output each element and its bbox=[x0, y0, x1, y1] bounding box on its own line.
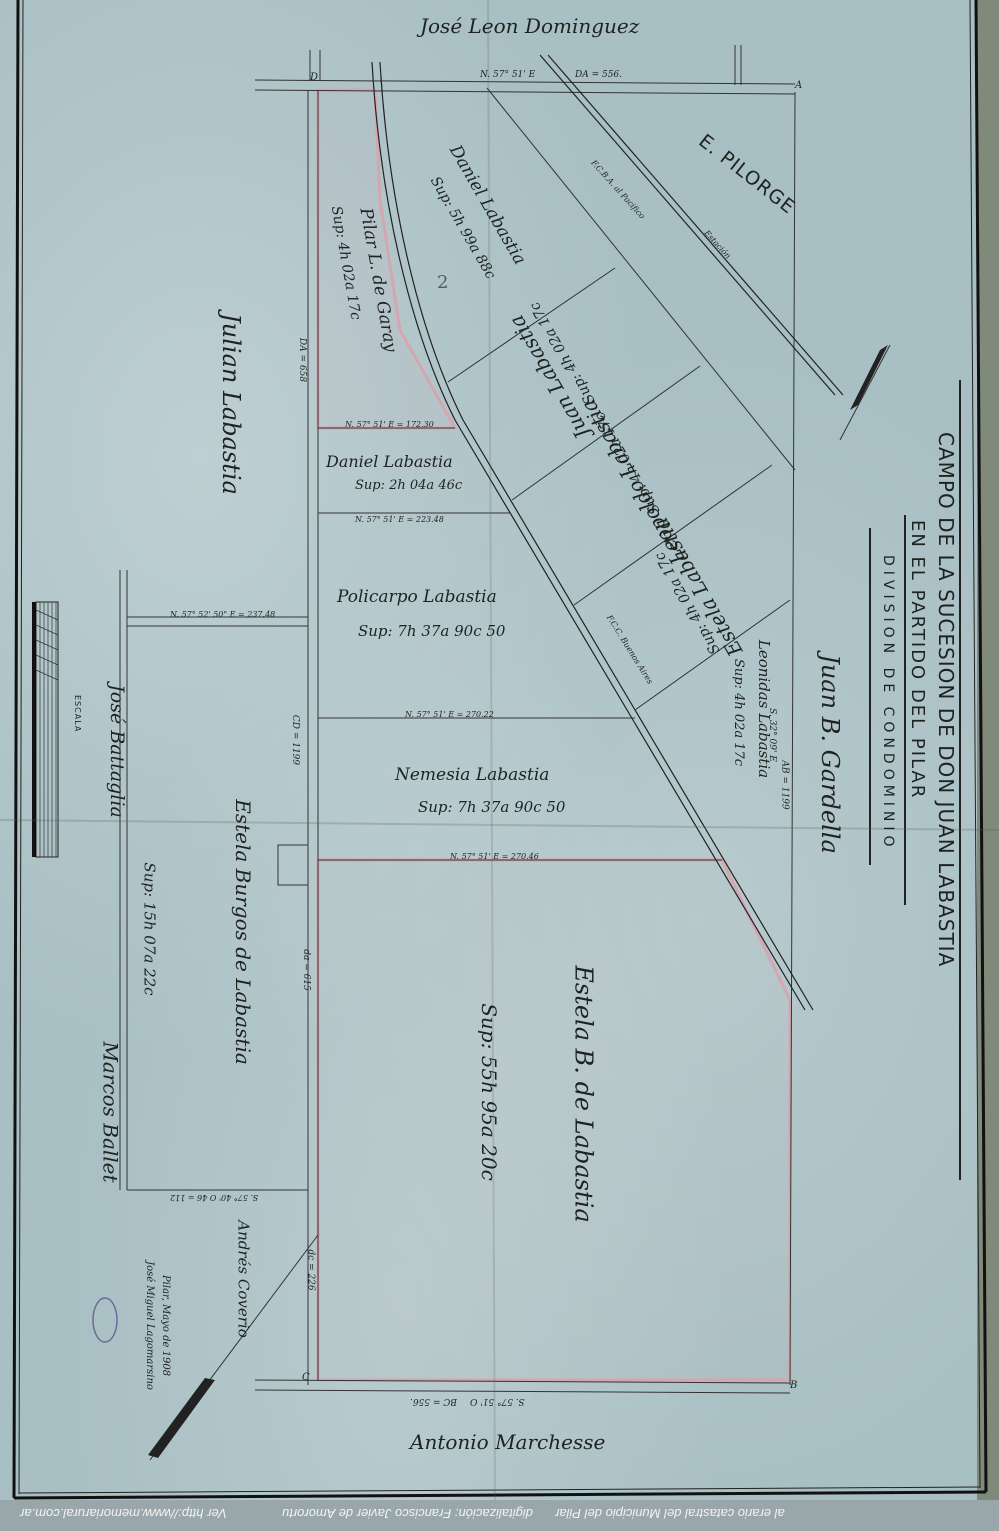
neighbor-south: Antonio Marchesse bbox=[410, 1430, 605, 1454]
corner-b: B bbox=[790, 1380, 797, 1391]
bearing-north: N. 57° 51' E bbox=[480, 70, 535, 80]
map-title-line-3: DIVISION DE CONDOMINIO bbox=[880, 555, 896, 852]
bearing-mid-2: N. 57° 51' E = 223.48 bbox=[355, 515, 444, 524]
signature-place-date: Pilar, Mayo de 1908 bbox=[160, 1275, 171, 1376]
corner-c: C bbox=[302, 1372, 310, 1383]
parcel-owner: Estela B. de Labastia bbox=[570, 965, 598, 1222]
neighbor-west-lower: Marcos Ballet bbox=[99, 1041, 123, 1182]
length-south: BC = 556. bbox=[410, 1396, 457, 1406]
neighbor-west-middle: José Battaglia bbox=[106, 684, 128, 818]
map-title-line-2: EN EL PARTIDO DEL PILAR bbox=[907, 520, 928, 799]
parcel-area: Sup: 55h 95a 20c bbox=[477, 1003, 501, 1181]
credit-digitization: digitalización: Francisco Javier de Amor… bbox=[282, 1506, 533, 1521]
parcel-area: Sup: 7h 37a 90c 50 bbox=[358, 622, 505, 640]
parcel-owner: Nemesia Labastia bbox=[395, 765, 549, 785]
parcel-owner: Estela Burgos de Labastia bbox=[231, 799, 255, 1065]
corner-d: D bbox=[310, 72, 318, 83]
parcel-owner: Daniel Labastia bbox=[326, 452, 453, 471]
bearing-mid-1: N. 57° 51' E = 172.30 bbox=[345, 420, 434, 429]
length-north: DA = 556. bbox=[575, 70, 622, 80]
neighbor-southwest: Andrés Coverio bbox=[235, 1220, 253, 1337]
bearing-west-cut: N. 57° 52' 50" E = 237.48 bbox=[170, 610, 275, 619]
credit-archive: al erario catastral del Municipio del Pi… bbox=[555, 1506, 785, 1521]
map-title-line-1: CAMPO DE LA SUCESION DE DON JUAN LABASTI… bbox=[934, 432, 958, 967]
parcel-owner-area: Sup: 2h 04a 46c bbox=[355, 478, 462, 493]
corner-a: A bbox=[795, 80, 802, 91]
length-west-mid: CD = 1199 bbox=[290, 715, 300, 765]
bearing-mid-4: N. 57° 51' E = 270.46 bbox=[450, 852, 539, 861]
parcel-owner: Policarpo Labastia bbox=[337, 587, 497, 607]
scale-label: ESCALA bbox=[73, 695, 82, 732]
parcel-area: Sup: 15h 07a 22c bbox=[141, 862, 159, 995]
credit-footer: al erario catastral del Municipio del Pi… bbox=[0, 1500, 999, 1531]
length-west-low: da = 615 bbox=[301, 949, 311, 991]
bearing-south: S. 57° 51' O bbox=[470, 1396, 525, 1406]
neighbor-east: Juan B. Gardella bbox=[816, 654, 844, 854]
length-east: AB = 1199 bbox=[780, 760, 790, 809]
signature-surveyor: José Miguel Lagomarsino bbox=[144, 1261, 155, 1390]
parcel-number: 2 bbox=[437, 272, 448, 293]
bearing-east: S. 32° 09' E bbox=[767, 708, 777, 762]
length-west-top: DA = 658 bbox=[297, 338, 307, 382]
bearing-lower-cut: S. 57° 40' O 46 = 112 bbox=[170, 1193, 258, 1202]
neighbor-north: José Leon Dominguez bbox=[420, 14, 639, 38]
length-west-bottom: dc = 226 bbox=[306, 1249, 316, 1290]
parcel-area: Sup: 4h 02a 17c bbox=[731, 659, 746, 766]
neighbor-west-upper: Julian Labastia bbox=[217, 313, 245, 495]
bearing-mid-3: N. 57° 51' E = 270.22 bbox=[405, 710, 494, 719]
parcel-area: Sup: 7h 37a 90c 50 bbox=[418, 798, 565, 816]
credit-url[interactable]: Ver http://www.memoriarural.com.ar bbox=[20, 1506, 227, 1521]
